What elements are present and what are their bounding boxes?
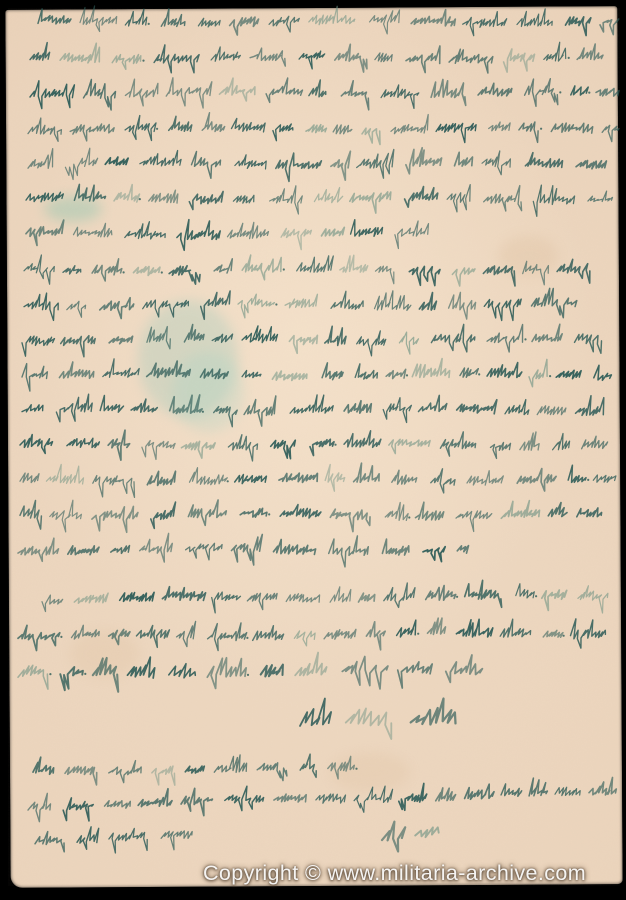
- copyright-watermark: Copyright © www.militaria-archive.com: [203, 861, 586, 886]
- scanned-letter-page: Copyright © www.militaria-archive.com: [0, 0, 626, 900]
- letter-paper: [5, 6, 622, 888]
